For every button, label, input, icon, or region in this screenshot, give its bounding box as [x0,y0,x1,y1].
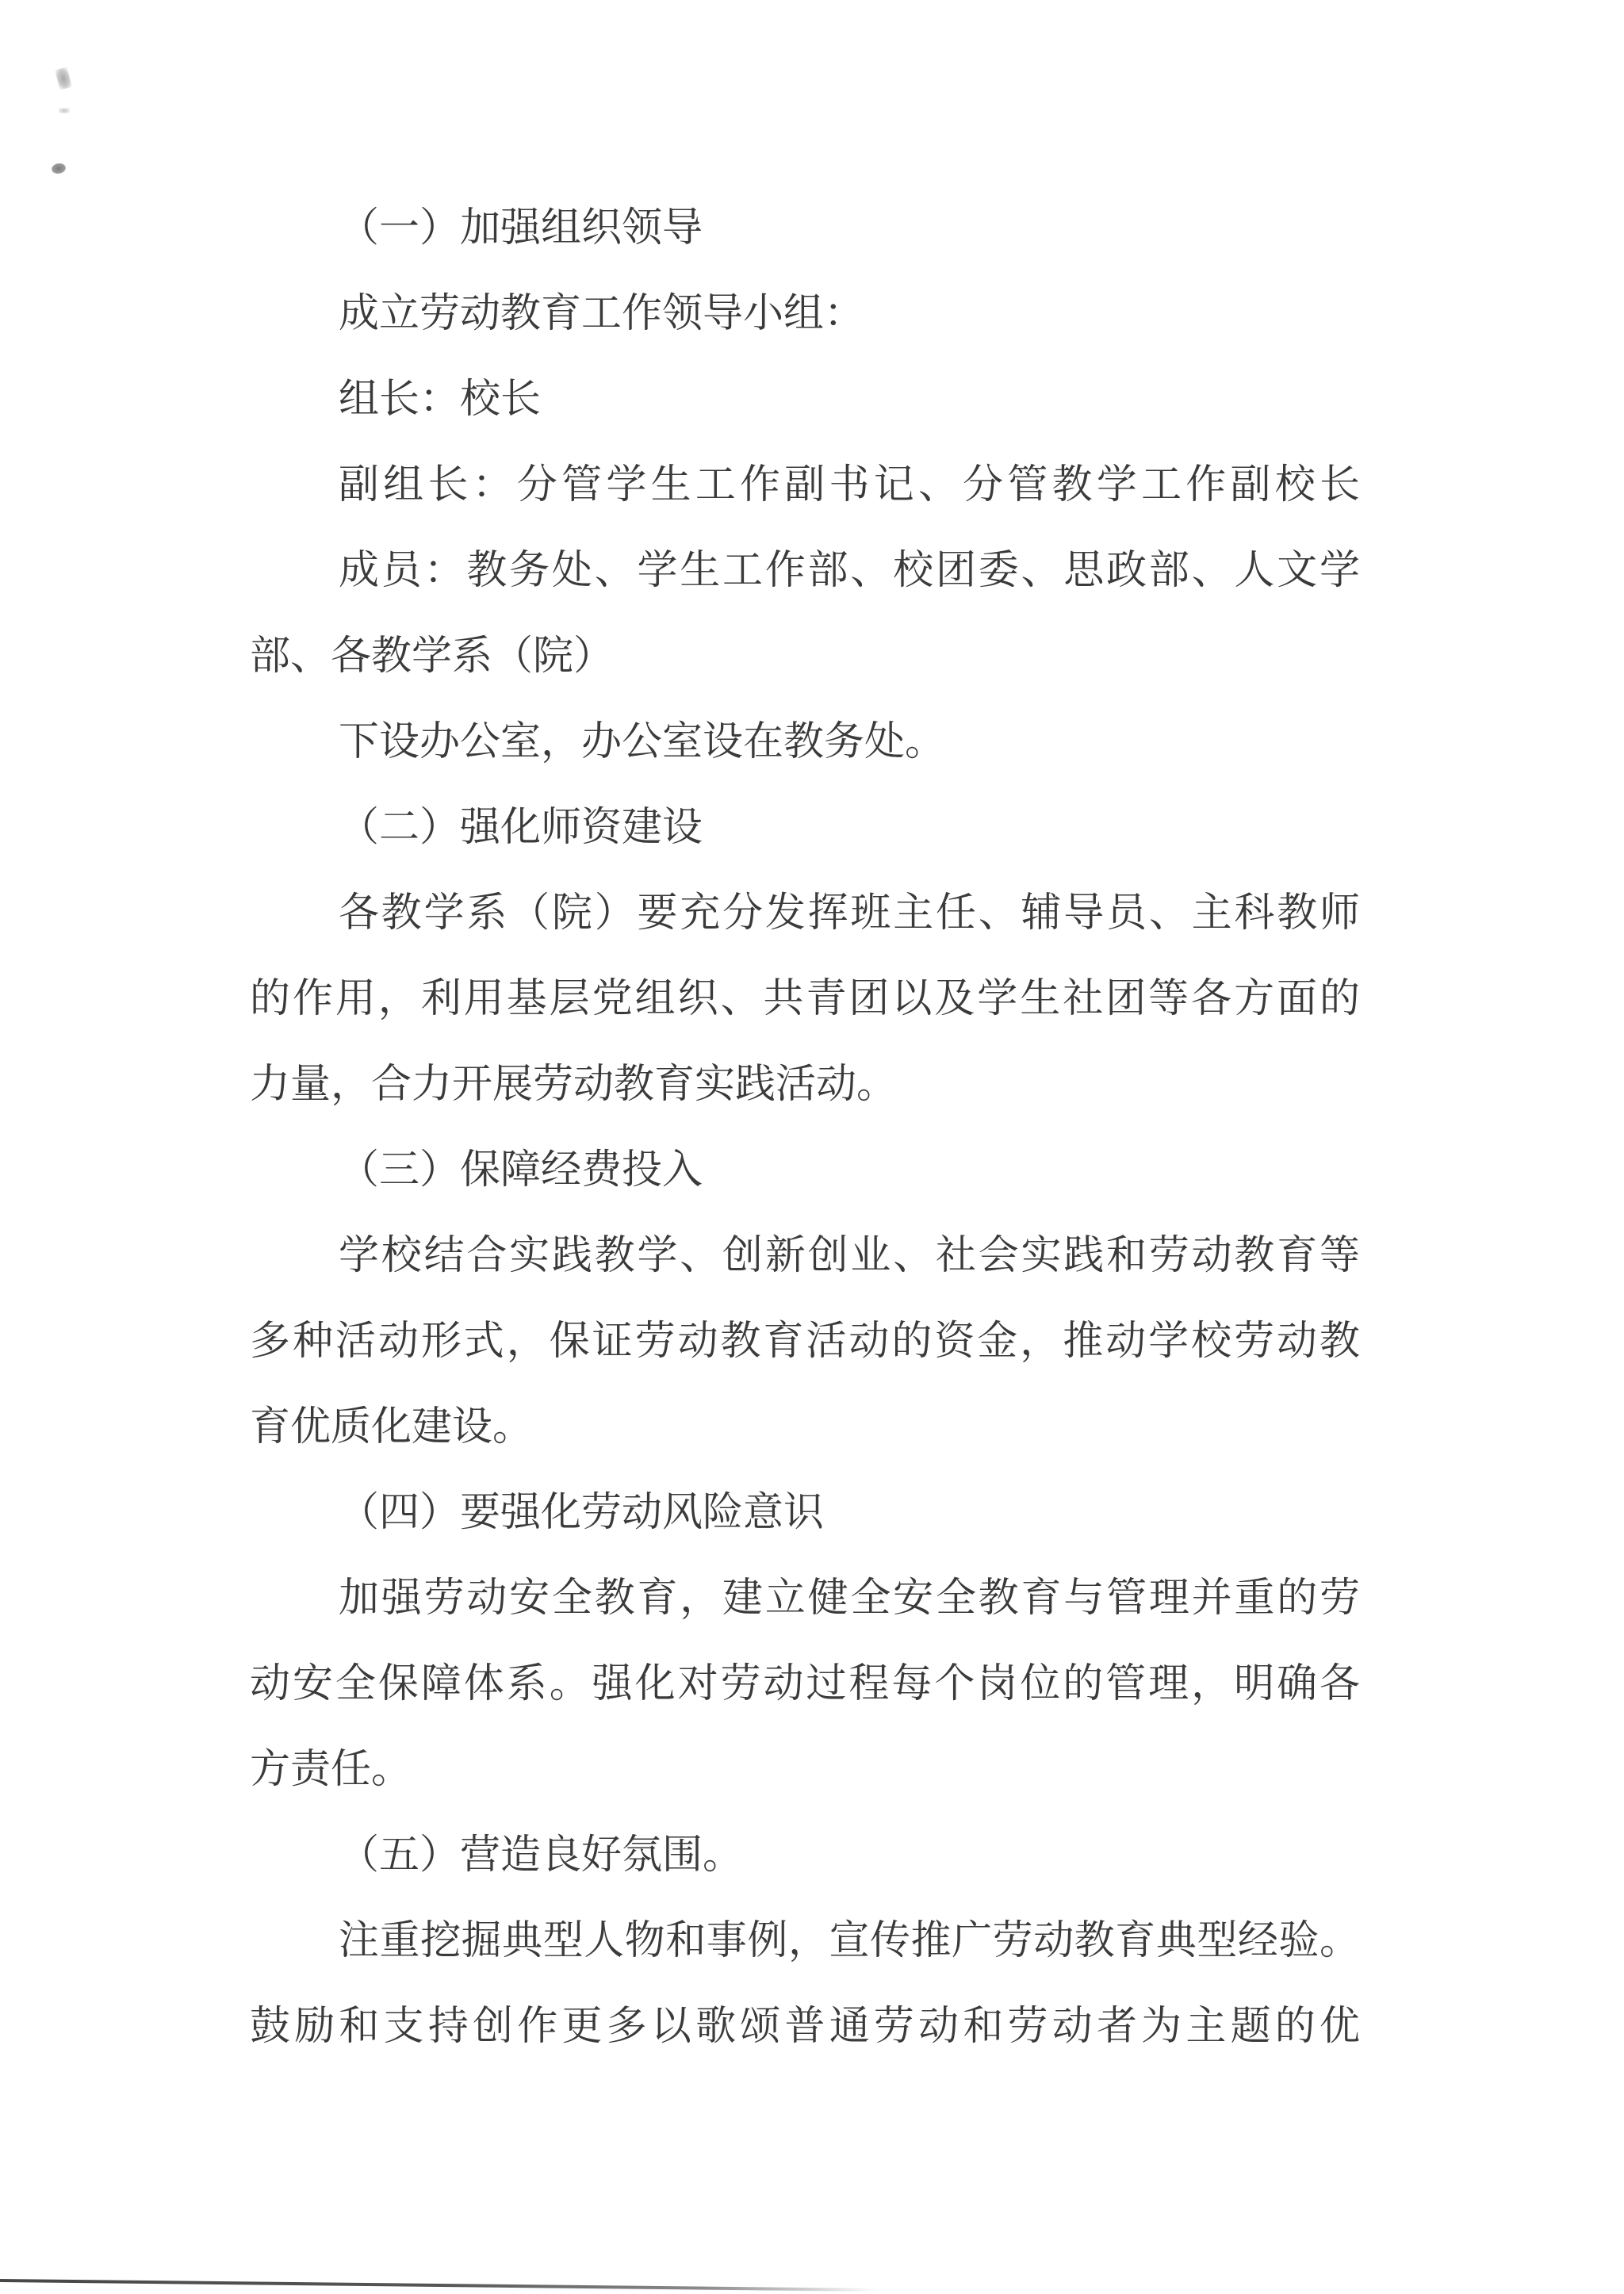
scan-smudge [51,163,67,175]
text-line: 各教学系（院）要充分发挥班主任、辅导员、主科教师 [250,871,1360,956]
text-line: 鼓励和支持创作更多以歌颂普通劳动和劳动者为主题的优 [250,1984,1360,2070]
section-heading-2: （二）强化师资建设 [250,785,1360,871]
text-line: 方责任。 [250,1727,1360,1813]
text-line: 成员：教务处、学生工作部、校团委、思政部、人文学 [250,528,1360,614]
text-line: 的作用，利用基层党组织、共青团以及学生社团等各方面的 [250,956,1360,1042]
text-line: 组长：校长 [250,357,1360,442]
text-line: 学校结合实践教学、创新创业、社会实践和劳动教育等 [250,1213,1360,1299]
text-line: 注重挖掘典型人物和事例，宣传推广劳动教育典型经验。 [250,1898,1360,1984]
text-line: 成立劳动教育工作领导小组： [250,271,1360,357]
text-line: 副组长：分管学生工作副书记、分管教学工作副校长 [250,442,1360,528]
text-line: 多种活动形式，保证劳动教育活动的资金，推动学校劳动教 [250,1299,1360,1384]
section-heading-5: （五）营造良好氛围。 [250,1813,1360,1898]
text-line: 加强劳动安全教育，建立健全安全教育与管理并重的劳 [250,1556,1360,1641]
document-page: （一）加强组织领导 成立劳动教育工作领导小组： 组长：校长 副组长：分管学生工作… [0,0,1624,2294]
text-line: 力量，合力开展劳动教育实践活动。 [250,1042,1360,1128]
scan-page-edge-shadow [0,2279,879,2292]
section-heading-1: （一）加强组织领导 [250,186,1360,271]
scan-smudge [59,108,70,113]
text-line: 部、各教学系（院） [250,614,1360,699]
text-line: 下设办公室，办公室设在教务处。 [250,699,1360,785]
text-line: 动安全保障体系。强化对劳动过程每个岗位的管理，明确各 [250,1641,1360,1727]
scan-smudge [55,67,72,90]
section-heading-4: （四）要强化劳动风险意识 [250,1470,1360,1556]
section-heading-3: （三）保障经费投入 [250,1128,1360,1213]
text-line: 育优质化建设。 [250,1384,1360,1470]
document-text-block: （一）加强组织领导 成立劳动教育工作领导小组： 组长：校长 副组长：分管学生工作… [250,186,1360,2070]
